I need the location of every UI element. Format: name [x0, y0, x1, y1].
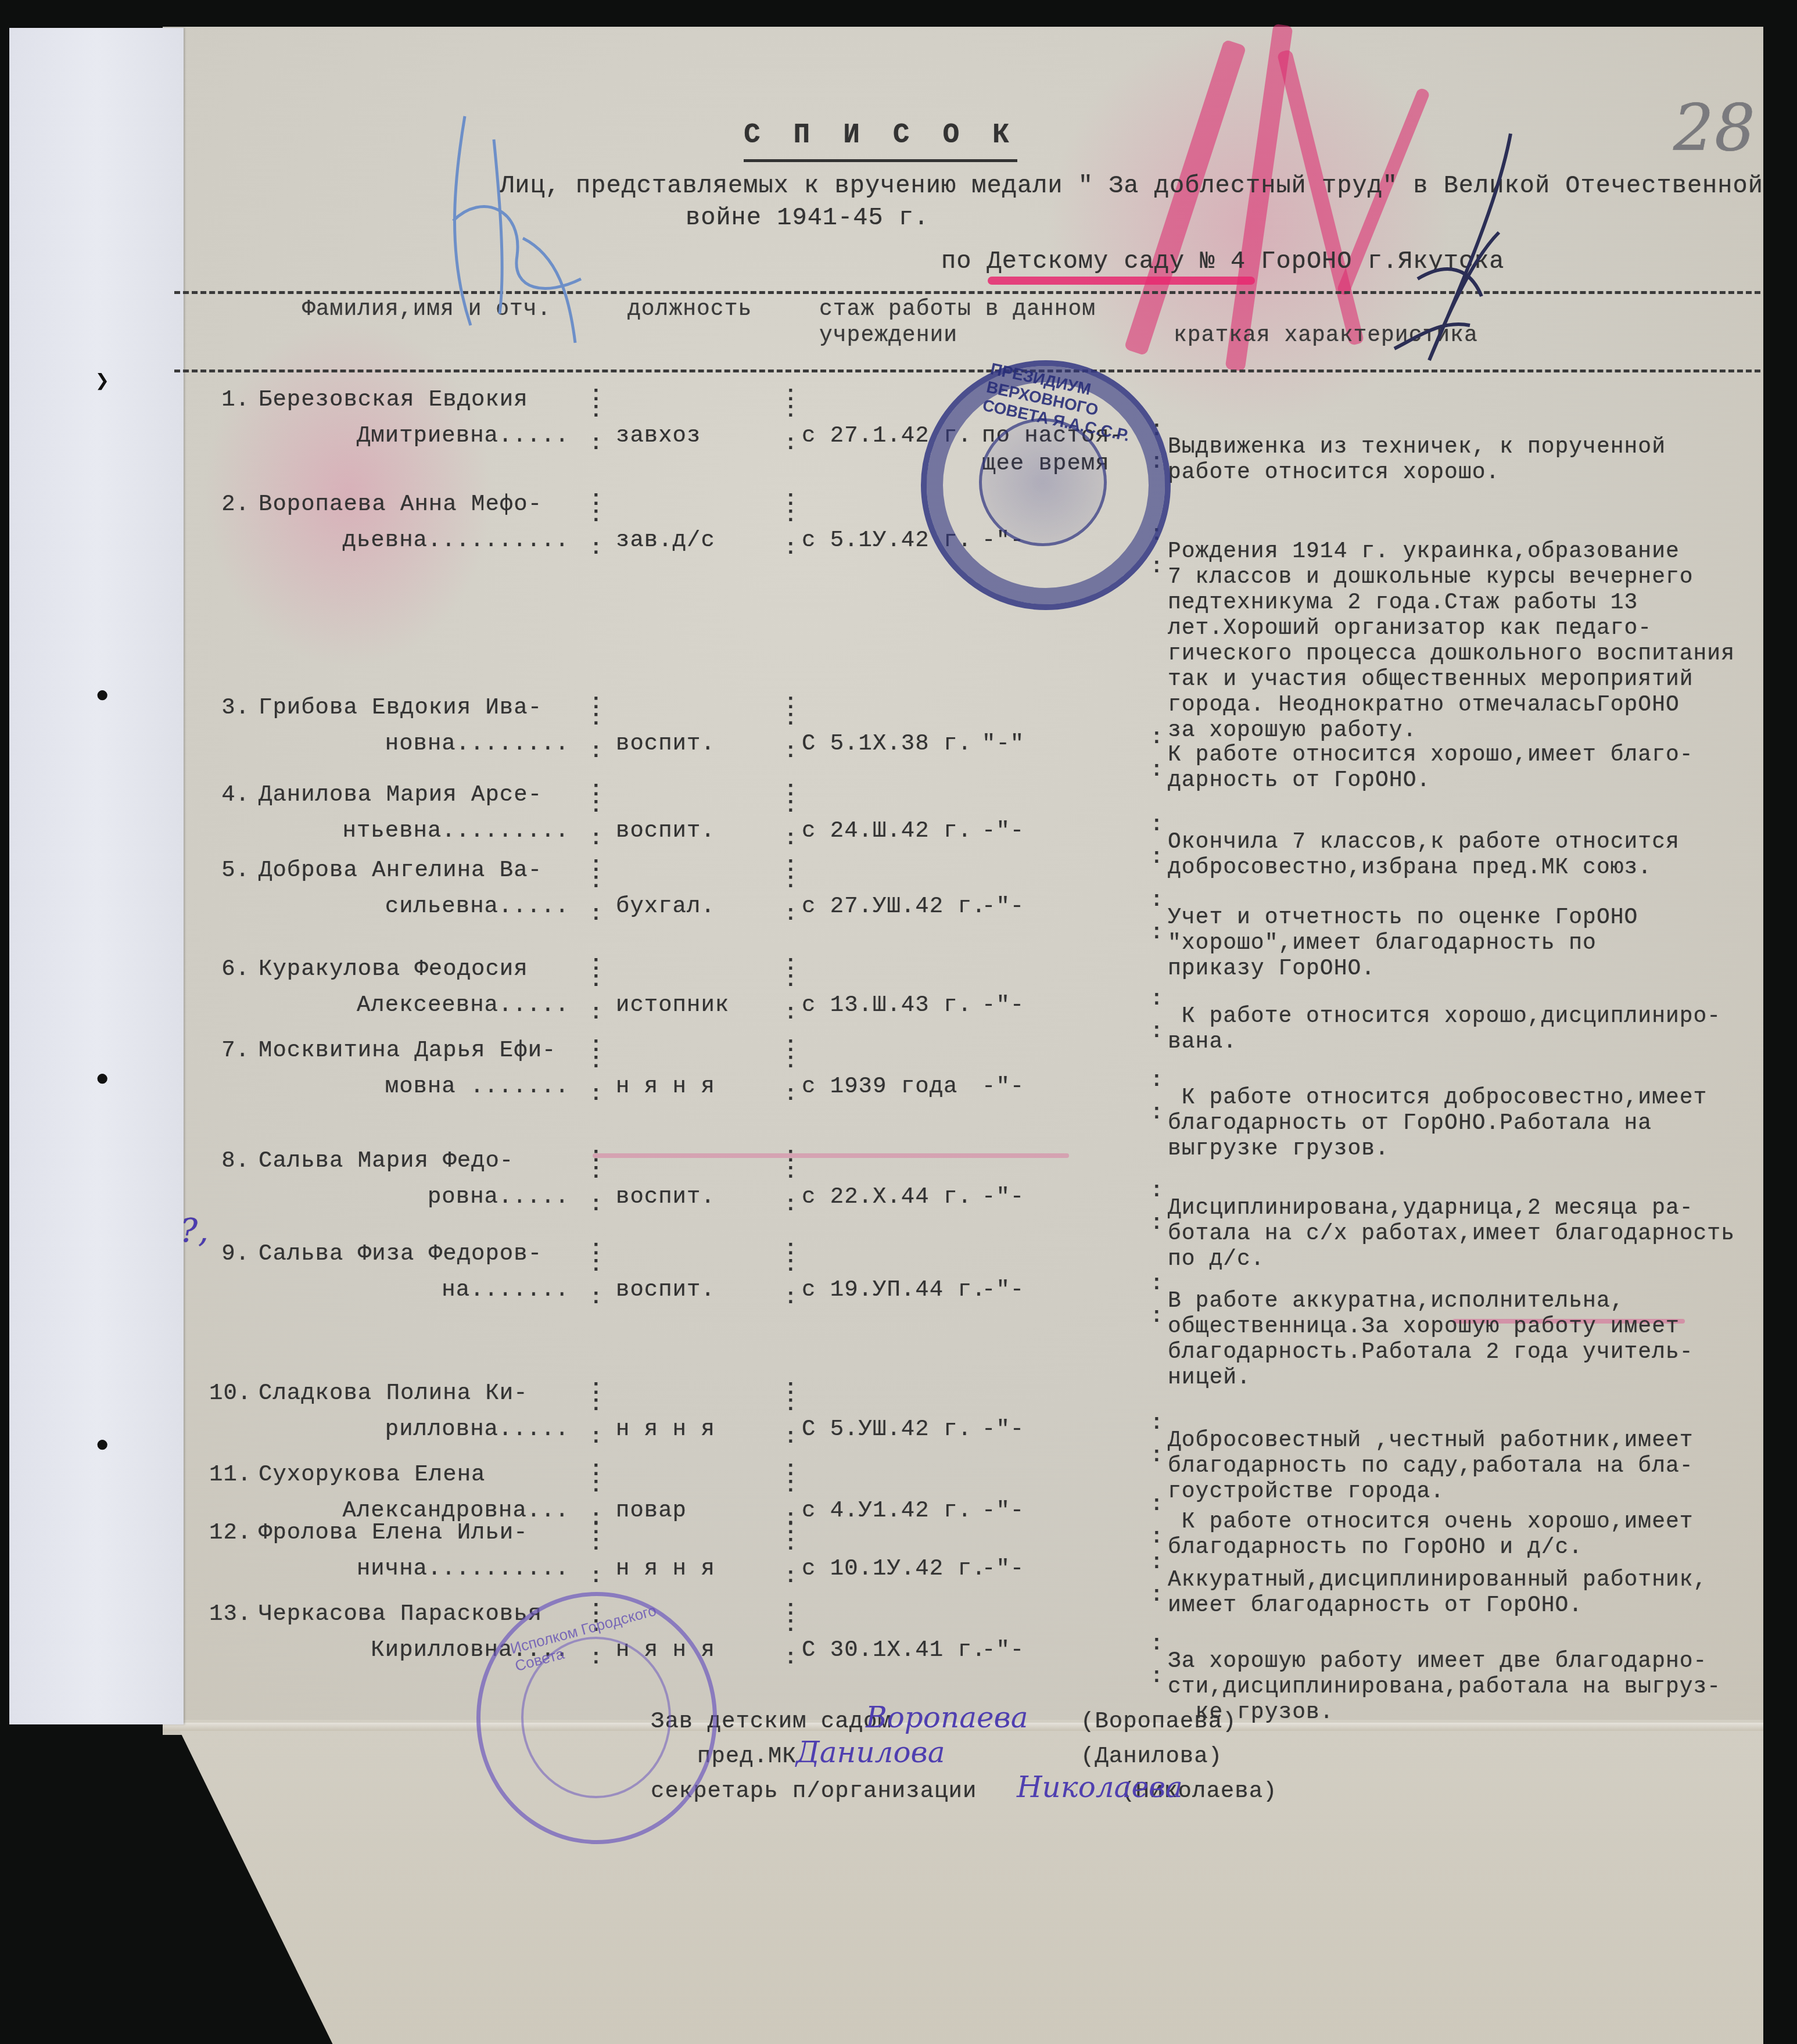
column-header-name: Фамилия,имя и отч. [302, 297, 551, 322]
employee-tenure: с 1939 года [802, 1074, 957, 1100]
employee-tenure: С 5.1Х.38 г. [802, 731, 972, 757]
employee-position: воспит. [616, 1184, 715, 1210]
employee-characteristic: Дисциплинирована,ударница,2 месяца ра- б… [1168, 1196, 1735, 1272]
binding-hole-icon: ● [95, 1440, 108, 1453]
column-separator: : : : [590, 858, 593, 923]
signatory-name: (Воропаева) [1081, 1709, 1236, 1735]
tenure-note: -"- [982, 818, 1024, 844]
employee-name-continued: на....... [442, 1277, 569, 1303]
white-backing-strip: ❯ ● ● ● [9, 28, 184, 1724]
column-separator: : : : [784, 1520, 788, 1585]
column-separator: : : [1150, 422, 1154, 471]
employee-position: н я н я [616, 1074, 715, 1100]
signatory-role: Зав детским садом [651, 1709, 892, 1735]
employee-name-continued: дьевна.......... [343, 528, 569, 554]
document-content: 28 С П И С О К Лиц, представляемых к вру… [163, 27, 1763, 2043]
column-separator: : : [1150, 1276, 1154, 1325]
row-number: 3. [209, 695, 250, 721]
column-separator: : : [1150, 1073, 1154, 1121]
employee-name-continued: рилловна..... [385, 1417, 569, 1443]
employee-name: Сухорукова Елена [259, 1462, 485, 1488]
employee-position: воспит. [616, 818, 715, 844]
row-number: 5. [209, 858, 250, 884]
tenure-note: -"- [982, 1556, 1024, 1582]
row-number: 2. [209, 492, 250, 518]
column-separator: : : : [590, 782, 593, 847]
signatory-name: (Данилова) [1081, 1744, 1222, 1770]
employee-characteristic: Выдвиженка из техничек, к порученной раб… [1168, 435, 1666, 486]
tenure-note: -"- [982, 1074, 1024, 1100]
employee-position: повар [616, 1498, 687, 1524]
employee-tenure: с 24.Ш.42 г. [802, 818, 972, 844]
binding-hole-icon: ● [95, 690, 108, 703]
tenure-note: -"- [982, 1277, 1024, 1303]
employee-characteristic: За хорошую работу имеет две благодарно- … [1168, 1649, 1721, 1726]
column-separator: : : [1150, 1183, 1154, 1232]
column-separator: : : : [784, 387, 788, 452]
employee-name-continued: Алексеевна..... [357, 992, 569, 1019]
employee-name: Воропаева Анна Мефо- [259, 492, 542, 518]
employee-characteristic: В работе аккуратна,исполнительна, общест… [1168, 1289, 1694, 1391]
document-subtitle: Лиц, представляемых к вручению медали " … [500, 172, 1763, 200]
handwritten-signature: Николаева [1017, 1770, 1183, 1804]
row-number: 13. [209, 1601, 250, 1627]
employee-name-continued: Кирилловна.... [371, 1637, 569, 1663]
employee-name-continued: нична.......... [357, 1556, 569, 1582]
header-top-divider [174, 291, 1760, 294]
employee-position: истопник [616, 992, 729, 1019]
employee-position: завхоз [616, 423, 701, 449]
row-number: 10. [209, 1380, 250, 1407]
employee-name: Черкасова Парасковья [259, 1601, 542, 1627]
column-separator: : : : [784, 492, 788, 557]
employee-tenure: с 10.1У.42 г. [802, 1556, 986, 1582]
column-separator: : : [1150, 526, 1154, 575]
employee-characteristic: К работе относится хорошо,дисциплиниро- … [1168, 1004, 1721, 1055]
document-subtitle-continued: войне 1941-45 г. [686, 204, 929, 232]
employee-name: Грибова Евдокия Ива- [259, 695, 542, 721]
employee-characteristic: Добросовестный ,честный работник,имеет б… [1168, 1428, 1694, 1505]
column-separator: : : : [784, 1380, 788, 1446]
row-number: 7. [209, 1038, 250, 1064]
employee-position: н я н я [616, 1417, 715, 1443]
binding-hole-icon: ❯ [95, 376, 108, 389]
tenure-note: -"- [982, 1184, 1024, 1210]
column-separator: : : [1150, 892, 1154, 941]
employee-position: воспит. [616, 1277, 715, 1303]
column-separator: : : : [590, 1148, 593, 1213]
column-separator: : : [1150, 1497, 1154, 1545]
employee-tenure: С 5.УШ.42 г. [802, 1417, 972, 1443]
employee-tenure: С 30.1Х.41 г. [802, 1637, 986, 1663]
employee-tenure: с 22.Х.44 г. [802, 1184, 972, 1210]
employee-characteristic: К работе относится хорошо,имеет благо- д… [1168, 743, 1694, 794]
employee-position: воспит. [616, 731, 715, 757]
employee-position: н я н я [616, 1556, 715, 1582]
tenure-note: -"- [982, 1637, 1024, 1663]
signatory-role: секретарь п/организации [651, 1778, 977, 1805]
column-separator: : : : [784, 1148, 788, 1213]
employee-tenure: с 19.УП.44 г. [802, 1277, 986, 1303]
employee-name-continued: новна........ [385, 731, 569, 757]
row-number: 8. [209, 1148, 250, 1174]
binding-hole-icon: ● [95, 1074, 108, 1086]
column-separator: : : : [784, 858, 788, 923]
tenure-note: -"- [982, 1417, 1024, 1443]
employee-name: Москвитина Дарья Ефи- [259, 1038, 556, 1064]
column-separator: : : [1150, 730, 1154, 779]
employee-position: бухгал. [616, 894, 715, 920]
column-separator: : : : [590, 1038, 593, 1103]
employee-name: Куракулова Феодосия [259, 956, 528, 982]
column-header-tenure-cont: учреждении [819, 323, 957, 348]
document-title: С П И С О К [744, 120, 1017, 162]
organization-line: по Детскому саду № 4 ГорОНО г.Якутска [941, 248, 1505, 275]
employee-name-continued: Дмитриевна..... [357, 423, 569, 449]
tenure-note: -"- [982, 1498, 1024, 1524]
column-separator: : : : [590, 956, 593, 1021]
column-header-tenure: стаж работы в данном [819, 297, 1096, 322]
row-number: 1. [209, 387, 250, 413]
column-separator: : : : [590, 1601, 593, 1666]
employee-position: н я н я [616, 1637, 715, 1663]
employee-name: Данилова Мария Арсе- [259, 782, 542, 808]
employee-name: Сальва Физа Федоров- [259, 1241, 542, 1267]
employee-characteristic: Учет и отчетность по оценке ГорОНО "хоро… [1168, 905, 1638, 982]
employee-characteristic: К работе относится добросовестно,имеет б… [1168, 1085, 1707, 1162]
employee-name: Доброва Ангелина Ва- [259, 858, 542, 884]
tenure-note-continued: щее время [982, 451, 1110, 477]
employee-tenure: с 27.УШ.42 г. [802, 894, 986, 920]
employee-name: Сальва Мария Федо- [259, 1148, 514, 1174]
signatory-role: пред.МК [697, 1744, 797, 1770]
column-separator: : : [1150, 1415, 1154, 1464]
employee-name: Фролова Елена Ильи- [259, 1520, 528, 1546]
employee-name-continued: нтьевна......... [343, 818, 569, 844]
column-separator: : : : [784, 1601, 788, 1666]
employee-characteristic: К работе относится очень хорошо,имеет бл… [1168, 1509, 1694, 1561]
column-header-position: должность [627, 297, 752, 322]
tenure-note: -"- [982, 992, 1024, 1019]
column-header-characteristic: краткая характеристика [1174, 323, 1478, 348]
employee-position: зав.д/с [616, 528, 715, 554]
row-number: 4. [209, 782, 250, 808]
employee-characteristic: Окончила 7 классов,к работе относится до… [1168, 830, 1680, 881]
employee-characteristic: Аккуратный,дисциплинированный работник, … [1168, 1568, 1707, 1619]
column-separator: : : [1150, 817, 1154, 866]
tenure-note: -"- [982, 528, 1024, 554]
employee-tenure: с 4.У1.42 г. [802, 1498, 972, 1524]
employee-name-continued: ровна..... [428, 1184, 569, 1210]
red-pencil-underline [988, 277, 1255, 285]
tenure-note: "-" [982, 731, 1024, 757]
employee-tenure: с 5.1У.42 г. [802, 528, 972, 554]
column-separator: : : : [784, 782, 788, 847]
employee-tenure: с 27.1.42 г. [802, 423, 972, 449]
column-separator: : : : [590, 387, 593, 452]
page-number: 28 [1673, 91, 1756, 165]
column-separator: : : : [590, 1520, 593, 1585]
row-number: 9. [209, 1241, 250, 1267]
column-separator: : : : [784, 1038, 788, 1103]
employee-characteristic: Рождения 1914 г. украинка,образование 7 … [1168, 539, 1735, 744]
employee-name-continued: мовна ....... [385, 1074, 569, 1100]
tenure-note: -"- [982, 894, 1024, 920]
row-number: 11. [209, 1462, 250, 1488]
employee-name: Березовская Евдокия [259, 387, 528, 413]
column-separator: : : [1150, 1636, 1154, 1685]
column-separator: : : : [590, 695, 593, 760]
column-separator: : : : [784, 956, 788, 1021]
row-number: 12. [209, 1520, 250, 1546]
column-separator: : : : [590, 1241, 593, 1306]
column-separator: : : [1150, 991, 1154, 1040]
tenure-note: по настоя- [982, 423, 1124, 449]
header-bottom-divider [174, 370, 1760, 372]
column-separator: : : [1150, 1555, 1154, 1604]
employee-name: Сладкова Полина Ки- [259, 1380, 528, 1407]
column-separator: : : : [784, 695, 788, 760]
row-number: 6. [209, 956, 250, 982]
column-separator: : : : [590, 1380, 593, 1446]
employee-name-continued: сильевна..... [385, 894, 569, 920]
handwritten-signature: Данилова [796, 1735, 945, 1769]
column-separator: : : : [784, 1241, 788, 1306]
column-separator: : : : [590, 492, 593, 557]
handwritten-signature: Воропаева [866, 1701, 1028, 1734]
employee-tenure: с 13.Ш.43 г. [802, 992, 972, 1019]
margin-note: ?, [180, 1212, 209, 1250]
